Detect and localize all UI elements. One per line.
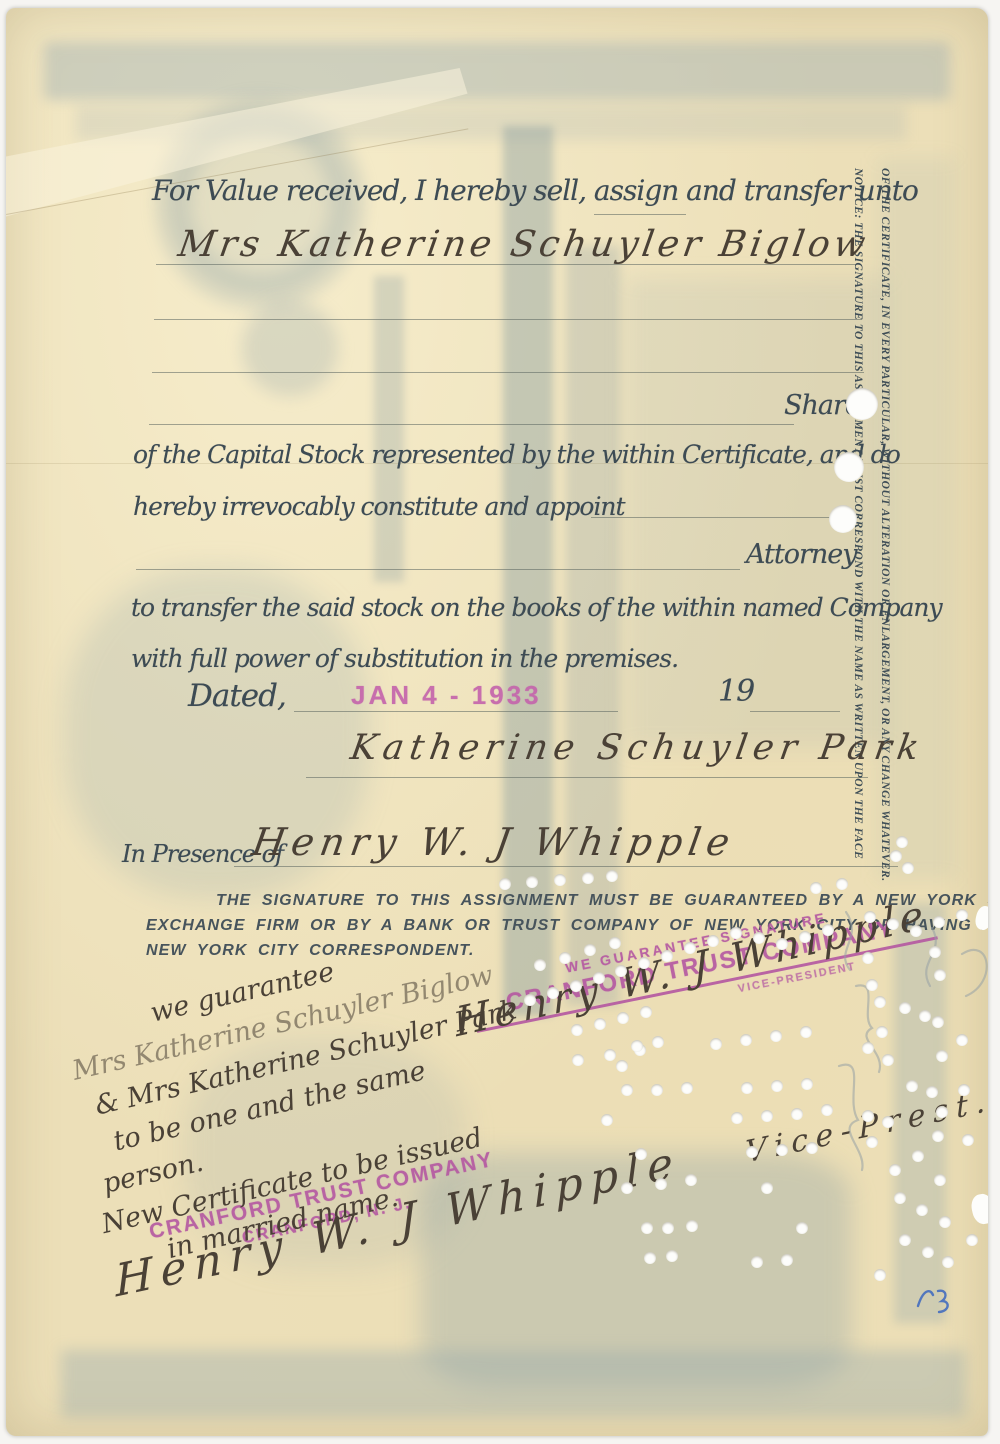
ghost-top-inner-band [76, 106, 906, 140]
punch-hole [609, 937, 621, 949]
punch-hole [791, 1108, 803, 1120]
punch-hole [862, 952, 874, 964]
assignment-opening-line: For Value received, I hereby sell, assig… [152, 174, 918, 207]
punch-hole [932, 1016, 944, 1028]
paper-sheet: For Value received, I hereby sell, assig… [6, 8, 988, 1436]
punch-hole [554, 874, 566, 886]
punch-hole [582, 872, 594, 884]
punch-hole [776, 1144, 788, 1156]
rule-blank-1 [154, 319, 862, 320]
body-line-4: with full power of substitution in the p… [131, 644, 678, 673]
punch-hole [661, 950, 673, 962]
vertical-notice-line-1: NOTICE: THE SIGNATURE TO THIS ASSIGNMENT… [844, 168, 871, 928]
punch-hole [932, 1130, 944, 1142]
punch-hole [800, 1026, 812, 1038]
punch-hole [616, 1060, 628, 1072]
ghost-seal-small [242, 300, 338, 396]
punch-hole [919, 1010, 931, 1022]
punch-hole [559, 952, 571, 964]
punch-hole [524, 994, 536, 1006]
punch-hole [796, 1222, 808, 1234]
punch-hole [746, 1146, 758, 1158]
punch-hole [916, 1204, 928, 1216]
punch-hole [894, 1192, 906, 1204]
punch-hole [899, 1002, 911, 1014]
punch-hole [547, 987, 559, 999]
punch-hole [638, 957, 650, 969]
punch-hole [571, 1024, 583, 1036]
punch-hole [731, 1112, 743, 1124]
punch-hole [942, 1256, 954, 1268]
punch-hole [635, 1148, 647, 1160]
punch-hole [776, 938, 788, 950]
rule-presence [234, 866, 898, 867]
punch-hole [906, 1080, 918, 1092]
punch-hole [934, 969, 946, 981]
vertical-notice-line-2: OF THE CERTIFICATE, IN EVERY PARTICULAR,… [871, 168, 898, 928]
punch-hole [866, 1136, 878, 1148]
punch-hole [882, 1054, 894, 1066]
punch-hole [829, 505, 857, 533]
punch-hole [652, 1036, 664, 1048]
punch-hole [936, 1106, 948, 1118]
assignee-name-handwritten: Mrs Katherine Schuyler Biglow [182, 224, 872, 265]
bottom-signature-title: Vice-Prest. [745, 1083, 988, 1171]
rule-appoint [591, 517, 859, 518]
punch-hole [761, 1182, 773, 1194]
punch-hole [874, 1269, 886, 1281]
punch-hole [926, 1086, 938, 1098]
punch-hole [621, 1182, 633, 1194]
date-stamp: JAN 4 - 1933 [351, 680, 542, 711]
punch-hole [801, 1078, 813, 1090]
punch-hole [640, 1006, 652, 1018]
punch-hole [615, 965, 627, 977]
holder-signature: Katherine Schuyler Park [354, 728, 928, 768]
punch-hole [753, 932, 765, 944]
punch-hole [882, 1116, 894, 1128]
punch-hole [806, 1142, 818, 1154]
punch-hole [799, 931, 811, 943]
rule-shares [149, 424, 794, 425]
punch-hole [956, 909, 968, 921]
punch-hole [958, 1084, 970, 1096]
punch-hole [684, 942, 696, 954]
punch-hole [741, 1082, 753, 1094]
blue-ink-mark [912, 1284, 952, 1314]
punch-hole [933, 916, 945, 928]
punch-hole [781, 1254, 793, 1266]
punch-hole [771, 1080, 783, 1092]
punch-hole [621, 1084, 633, 1096]
punch-hole [686, 1220, 698, 1232]
rule-after-I [594, 214, 686, 215]
attorney-label: Attorney [746, 539, 857, 570]
punch-hole [707, 935, 719, 947]
punch-hole [929, 946, 941, 958]
punch-hole [956, 1034, 968, 1046]
scanned-certificate-back: For Value received, I hereby sell, assig… [0, 0, 1000, 1444]
punch-hole [862, 1042, 874, 1054]
punch-hole [584, 944, 596, 956]
punch-hole [834, 452, 864, 482]
punch-hole [631, 1040, 643, 1052]
punch-hole [594, 1018, 606, 1030]
year-prefix: 19 [718, 674, 754, 709]
witness-signature: Henry W. J Whipple [256, 820, 739, 864]
punch-hole [966, 1234, 978, 1246]
punch-hole [641, 1222, 653, 1234]
punch-hole [617, 1012, 629, 1024]
body-line-2: hereby irrevocably constitute and appoin… [133, 492, 625, 521]
punch-hole [912, 1150, 924, 1162]
ghost-capital-text [374, 276, 404, 582]
punch-hole [887, 918, 899, 930]
punch-hole [534, 959, 546, 971]
punch-hole [730, 927, 742, 939]
punch-hole [962, 1134, 974, 1146]
rule-holder-signature [306, 777, 868, 778]
punch-hole [770, 1030, 782, 1042]
punch-hole [939, 1216, 951, 1228]
punch-hole [810, 882, 822, 894]
punch-hole [876, 1026, 888, 1038]
punch-hole [526, 876, 538, 888]
punch-hole [601, 1114, 613, 1126]
punch-hole [710, 1038, 722, 1050]
punch-hole [751, 1256, 763, 1268]
ghost-bottom-border [61, 1350, 966, 1418]
punch-hole [936, 1050, 948, 1062]
punch-hole [570, 980, 582, 992]
punch-hole [896, 836, 908, 848]
punch-hole [934, 1174, 946, 1186]
punch-hole [685, 1174, 697, 1186]
vertical-notice: NOTICE: THE SIGNATURE TO THIS ASSIGNMENT… [844, 168, 898, 928]
punch-hole [651, 1084, 663, 1096]
punch-hole [644, 1252, 656, 1264]
punch-hole [862, 1110, 874, 1122]
punch-hole [910, 925, 922, 937]
body-line-3: to transfer the said stock on the books … [131, 593, 942, 622]
rule-dated [294, 711, 618, 712]
punch-hole [740, 1034, 752, 1046]
ghost-top-border [44, 42, 950, 100]
punch-hole [662, 1222, 674, 1234]
punch-hole [499, 878, 511, 890]
body-line-1: of the Capital Stock represented by the … [133, 440, 900, 469]
punch-hole [822, 924, 834, 936]
rule-attorney [136, 569, 740, 570]
punch-hole [655, 1178, 667, 1190]
rule-blank-2 [152, 372, 864, 373]
punch-hole [866, 979, 878, 991]
punch-hole [902, 862, 914, 874]
punch-hole [821, 1104, 833, 1116]
punch-hole [681, 1082, 693, 1094]
punch-hole [922, 1246, 934, 1258]
punch-hole [864, 911, 876, 923]
dated-label: Dated, [188, 678, 286, 714]
punch-hole [836, 878, 848, 890]
rule-year [750, 711, 840, 712]
punch-hole [889, 1164, 901, 1176]
punch-hole [874, 996, 886, 1008]
punch-hole [572, 1054, 584, 1066]
punch-hole [666, 1250, 678, 1262]
punch-hole [593, 972, 605, 984]
punch-hole [606, 870, 618, 882]
edge-notch-2 [969, 1192, 988, 1226]
punch-hole [846, 388, 878, 420]
punch-hole [604, 1049, 616, 1061]
punch-hole [899, 1234, 911, 1246]
punch-hole [890, 850, 902, 862]
punch-hole [761, 1110, 773, 1122]
